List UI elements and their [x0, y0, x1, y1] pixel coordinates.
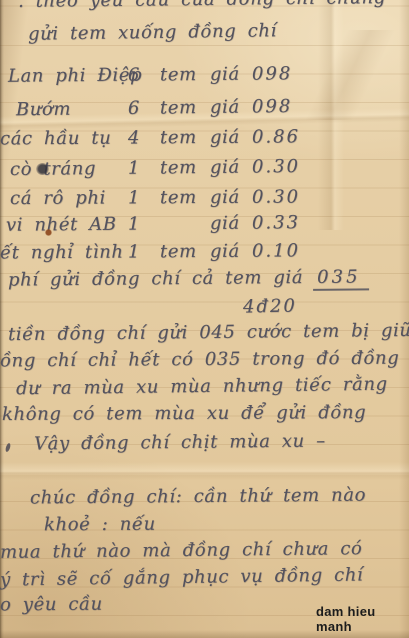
closing-line: chúc đồng chí: cần thứ tem nào: [30, 485, 366, 509]
ink-blot-spot: [36, 163, 49, 175]
stamp-name: cá rô phi: [10, 188, 106, 210]
subtotal-line: phí gửi đồng chí cả tem giá035: [8, 266, 369, 293]
closing-line: khoẻ : nếu: [44, 514, 156, 536]
stamp-name: vi nhét AB: [6, 214, 117, 236]
stamp-row: các hầu tụ 4 tem giá 0.86: [0, 126, 409, 157]
price-label: giá: [210, 97, 240, 118]
total-amount: 4đ20: [243, 296, 297, 318]
body-line: tiền đồng chí gửi 045 cước tem bị giữ: [8, 320, 409, 345]
stamp-unit: tem: [160, 127, 197, 148]
stamp-price: 098: [252, 96, 293, 117]
stamp-unit: tem: [160, 97, 197, 118]
stamp-price: 098: [252, 63, 293, 84]
stamp-qty: 6: [128, 65, 140, 86]
price-label: giá: [210, 127, 240, 148]
intro-line: gửi tem xuống đồng chí: [28, 20, 277, 44]
stamp-row: Bướm 6 tem giá 098: [0, 95, 409, 128]
stamp-price: 0.30: [252, 186, 300, 207]
body-line: Vậy đồng chí chịt mùa xu –: [34, 430, 326, 454]
stamp-price: 0.86: [252, 126, 300, 147]
closing-line: o yêu cầu: [0, 594, 103, 616]
stamp-qty: 1: [128, 187, 140, 208]
stamp-unit: tem: [160, 187, 197, 208]
stamp-name: Bướm: [16, 99, 71, 121]
stamp-row: Lan phi Điệp 6 tem giá 098: [0, 62, 409, 94]
stamp-price: 0.33: [252, 212, 300, 233]
closing-line: mua thứ nào mà đồng chí chưa có: [0, 538, 363, 563]
body-line: không có tem mùa xu để gửi đồng: [2, 402, 366, 425]
stamp-qty: 1: [128, 214, 140, 235]
stamp-unit: tem: [160, 241, 197, 262]
price-label: giá: [210, 241, 240, 262]
stamp-name: các hầu tụ: [0, 128, 111, 150]
price-label: giá: [210, 64, 240, 85]
stamp-qty: 6: [128, 98, 140, 119]
stamp-row: vi nhét AB 1 giá 0.33: [0, 211, 409, 243]
stamp-qty: 1: [128, 158, 140, 179]
watermark-label: dam hieu manh: [316, 604, 409, 634]
stamp-name: Lan phi Điệp: [8, 65, 142, 87]
stamp-price: 0.30: [252, 156, 300, 178]
price-label: giá: [210, 187, 240, 208]
stamp-price: 0.10: [252, 240, 300, 261]
subtotal-text: phí gửi đồng chí cả tem giá: [8, 267, 303, 291]
stamp-qty: 4: [128, 127, 140, 148]
price-label: giá: [210, 213, 240, 234]
stamp-unit: tem: [160, 64, 197, 85]
subtotal-amount: 035: [313, 266, 369, 290]
body-line: ồng chí chỉ hết có 035 trong đó đồng: [0, 348, 399, 372]
stamp-name: cò tráng: [10, 158, 96, 180]
stamp-name: ết nghỉ tình: [0, 242, 124, 264]
letter-photo: . theo yêu cầu của đồng chí chúng gửi te…: [0, 0, 409, 638]
stamp-row: cò tráng 1 tem giá 0.30: [0, 155, 409, 187]
stamp-qty: 1: [128, 241, 140, 262]
stamp-unit: tem: [160, 157, 197, 178]
price-label: giá: [210, 157, 240, 178]
rust-spot: [45, 229, 52, 236]
